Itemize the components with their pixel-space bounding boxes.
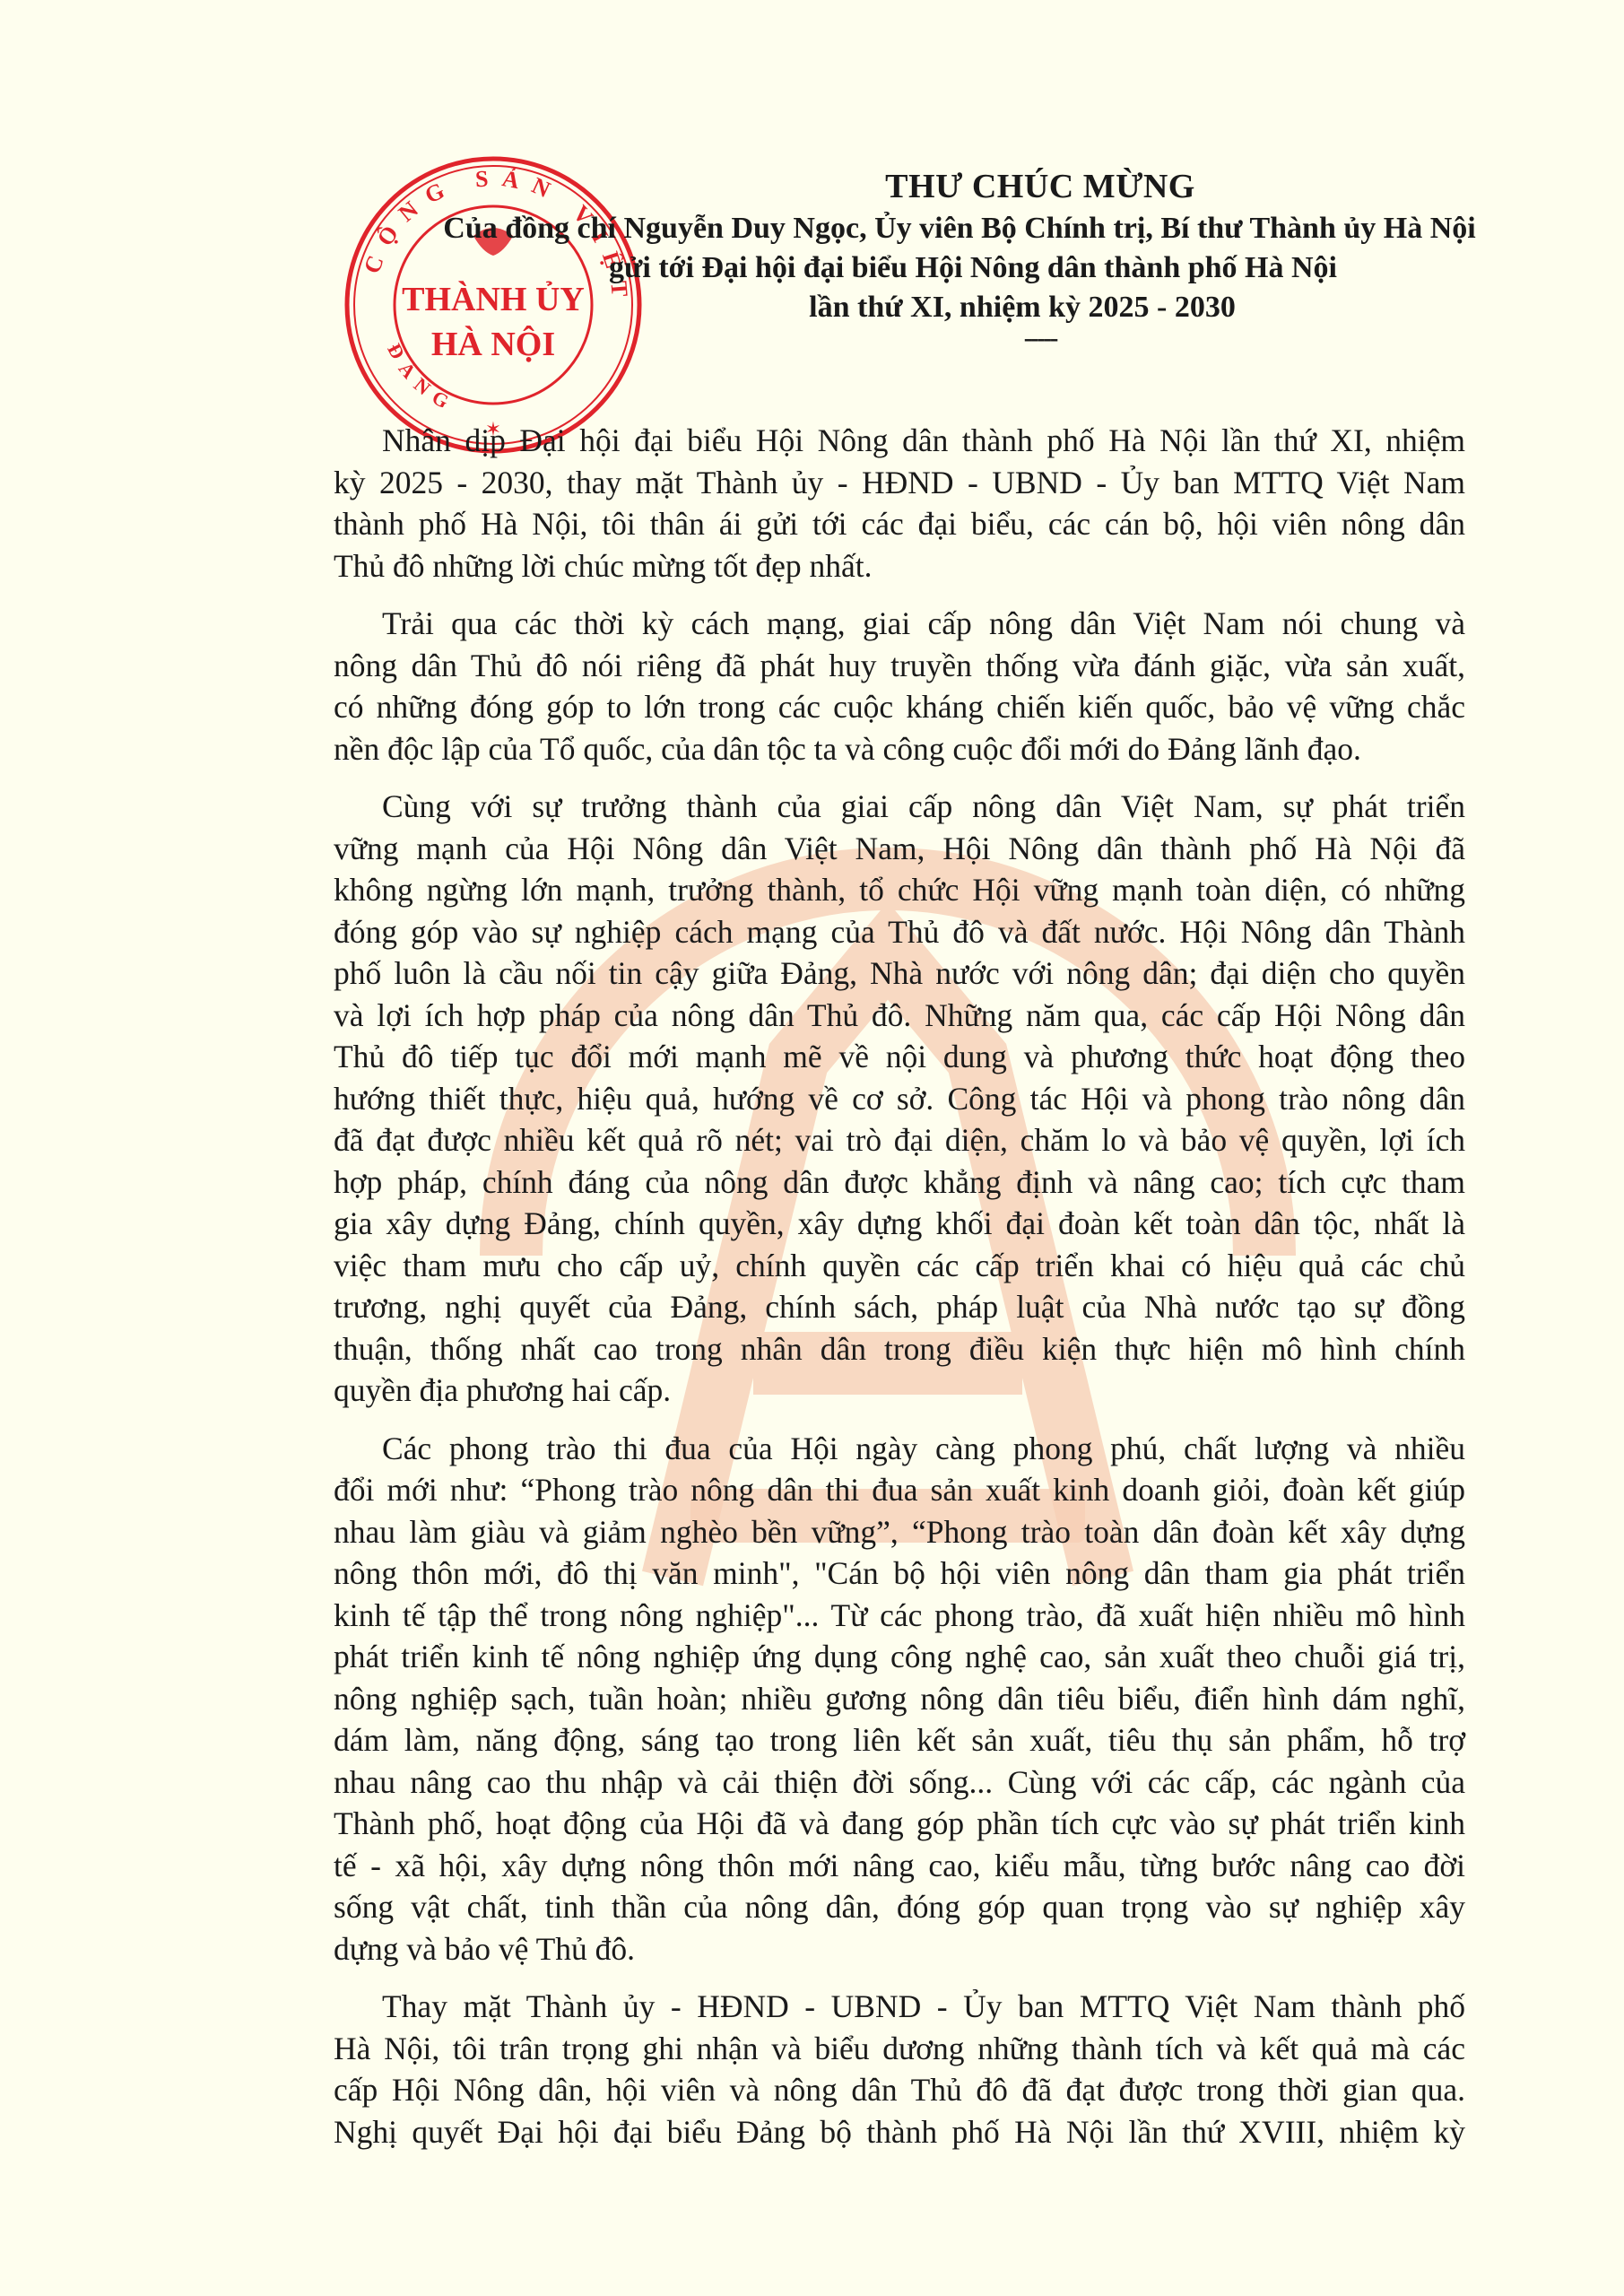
letter-subtitle-line: gửi tới Đại hội đại biểu Hội Nông dân th… bbox=[368, 248, 1578, 288]
body-paragraph: Thay mặt Thành ủy - HĐND - UBND - Ủy ban… bbox=[334, 1986, 1465, 2152]
letter-page: CỘNG SẢN VIỆT NAM ĐẢNG THÀNH ỦY HÀ NỘI ✶… bbox=[0, 0, 1624, 2296]
paragraph-line: gia xây dựng Đảng, chính quyền, xây dựng… bbox=[334, 1203, 1465, 1245]
paragraph-line: đổi mới như: “Phong trào nông dân thi đu… bbox=[334, 1469, 1465, 1511]
paragraph-line: kinh tế tập thể trong nông nghiệp"... Từ… bbox=[334, 1595, 1465, 1637]
paragraph-line: Các phong trào thi đua của Hội ngày càng… bbox=[334, 1428, 1465, 1470]
paragraph-line: nhau nâng cao thu nhập và cải thiện đời … bbox=[334, 1761, 1465, 1804]
paragraph-line: phát triển kinh tế nông nghiệp ứng dụng … bbox=[334, 1636, 1465, 1678]
paragraph-line: sống vật chất, tinh thần của nông dân, đ… bbox=[334, 1886, 1465, 1928]
paragraph-line: đóng góp vào sự nghiệp cách mạng của Thủ… bbox=[334, 911, 1465, 953]
letter-subtitle-line: lần thứ XI, nhiệm kỳ 2025 - 2030 bbox=[466, 288, 1578, 327]
paragraph-line: đã đạt được nhiều kết quả rõ nét; vai tr… bbox=[334, 1119, 1465, 1161]
paragraph-line: và lợi ích hợp pháp của nông dân Thủ đô.… bbox=[334, 995, 1465, 1037]
letter-header: THƯ CHÚC MỪNG Của đồng chí Nguyễn Duy Ng… bbox=[341, 164, 1578, 351]
header-separator: ----- bbox=[502, 327, 1578, 351]
body-paragraph: Nhân dịp Đại hội đại biểu Hội Nông dân t… bbox=[334, 420, 1465, 587]
letter-title: THƯ CHÚC MỪNG bbox=[502, 164, 1578, 209]
letter-body: Nhân dịp Đại hội đại biểu Hội Nông dân t… bbox=[334, 420, 1465, 2169]
paragraph-line: việc tham mưu cho cấp uỷ, chính quyền cá… bbox=[334, 1245, 1465, 1287]
paragraph-line: Thủ đô tiếp tục đổi mới mạnh mẽ về nội d… bbox=[334, 1036, 1465, 1078]
paragraph-line: Thành phố, hoạt động của Hội đã và đang … bbox=[334, 1803, 1465, 1845]
paragraph-line: Thay mặt Thành ủy - HĐND - UBND - Ủy ban… bbox=[334, 1986, 1465, 2028]
paragraph-line: phố luôn là cầu nối tin cậy giữa Đảng, N… bbox=[334, 952, 1465, 995]
paragraph-line: nền độc lập của Tổ quốc, của dân tộc ta … bbox=[334, 728, 1465, 770]
paragraph-line: Thủ đô những lời chúc mừng tốt đẹp nhất. bbox=[334, 545, 1465, 587]
paragraph-line: nông dân Thủ đô nói riêng đã phát huy tr… bbox=[334, 645, 1465, 687]
body-paragraph: Các phong trào thi đua của Hội ngày càng… bbox=[334, 1428, 1465, 1970]
paragraph-line: quyền địa phương hai cấp. bbox=[334, 1370, 1465, 1412]
paragraph-line: Nghị quyết Đại hội đại biểu Đảng bộ thàn… bbox=[334, 2111, 1465, 2153]
paragraph-line: dám làm, năng động, sáng tạo trong liên … bbox=[334, 1719, 1465, 1761]
paragraph-line: dựng và bảo vệ Thủ đô. bbox=[334, 1928, 1465, 1970]
paragraph-line: nông thôn mới, đô thị văn minh", "Cán bộ… bbox=[334, 1552, 1465, 1595]
paragraph-line: Nhân dịp Đại hội đại biểu Hội Nông dân t… bbox=[334, 420, 1465, 462]
paragraph-line: trương, nghị quyết của Đảng, chính sách,… bbox=[334, 1286, 1465, 1328]
letter-subtitle-line: Của đồng chí Nguyễn Duy Ngọc, Ủy viên Bộ… bbox=[341, 209, 1578, 248]
paragraph-line: hợp pháp, chính đáng của nông dân được k… bbox=[334, 1161, 1465, 1204]
paragraph-line: kỳ 2025 - 2030, thay mặt Thành ủy - HĐND… bbox=[334, 462, 1465, 504]
paragraph-line: Trải qua các thời kỳ cách mạng, giai cấp… bbox=[334, 603, 1465, 645]
body-paragraph: Cùng với sự trưởng thành của giai cấp nô… bbox=[334, 786, 1465, 1412]
paragraph-line: tế - xã hội, xây dựng nông thôn mới nâng… bbox=[334, 1845, 1465, 1887]
paragraph-line: thuận, thống nhất cao trong nhân dân tro… bbox=[334, 1328, 1465, 1370]
paragraph-line: nhau làm giàu và giảm nghèo bền vững”, “… bbox=[334, 1511, 1465, 1553]
paragraph-line: không ngừng lớn mạnh, trưởng thành, tổ c… bbox=[334, 869, 1465, 911]
body-paragraph: Trải qua các thời kỳ cách mạng, giai cấp… bbox=[334, 603, 1465, 770]
paragraph-line: Cùng với sự trưởng thành của giai cấp nô… bbox=[334, 786, 1465, 828]
paragraph-line: thành phố Hà Nội, tôi thân ái gửi tới cá… bbox=[334, 503, 1465, 545]
paragraph-line: nông nghiệp sạch, tuần hoàn; nhiều gương… bbox=[334, 1678, 1465, 1720]
paragraph-line: hướng thiết thực, hiệu quả, hướng về cơ … bbox=[334, 1078, 1465, 1120]
paragraph-line: Hà Nội, tôi trân trọng ghi nhận và biểu … bbox=[334, 2028, 1465, 2070]
paragraph-line: vững mạnh của Hội Nông dân Việt Nam, Hội… bbox=[334, 828, 1465, 870]
paragraph-line: cấp Hội Nông dân, hội viên và nông dân T… bbox=[334, 2069, 1465, 2111]
paragraph-line: có những đóng góp to lớn trong các cuộc … bbox=[334, 686, 1465, 728]
